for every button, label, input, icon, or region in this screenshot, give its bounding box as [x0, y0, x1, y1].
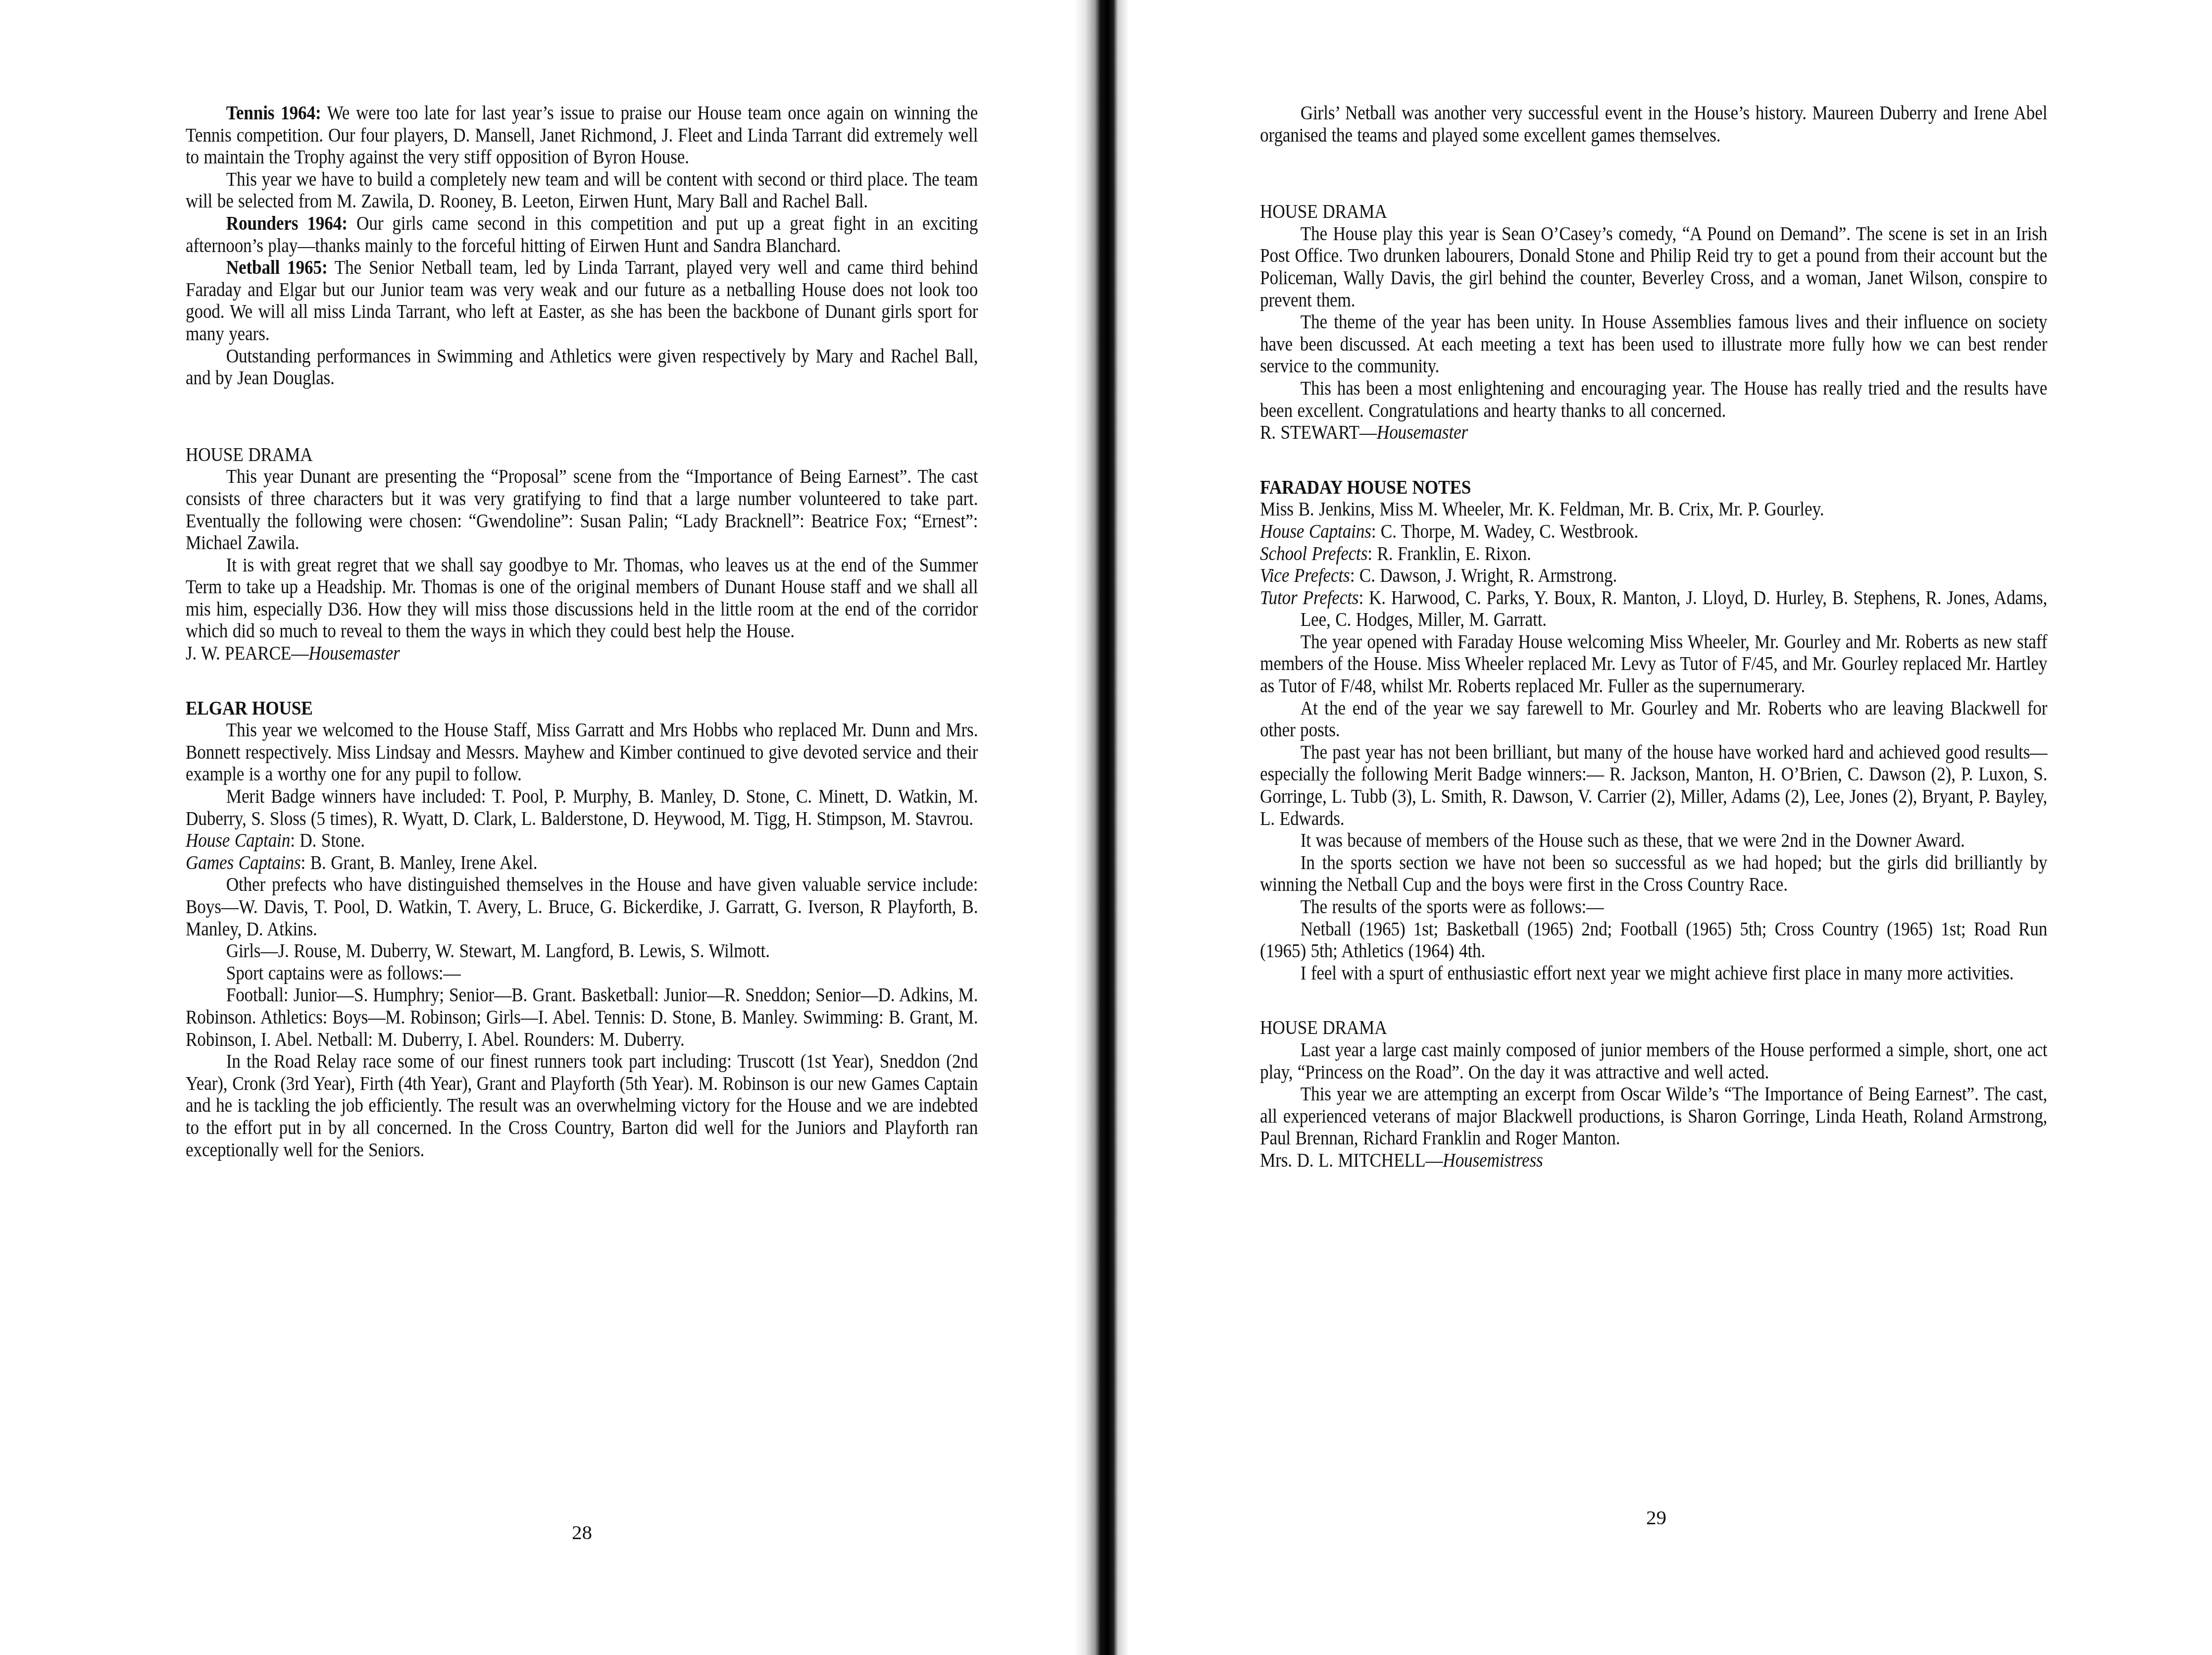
heading-house-drama: HOUSE DRAMA	[1260, 200, 2047, 222]
book-spread: Tennis 1964: We were too late for last y…	[0, 0, 2212, 1655]
label-rounders-1964: Rounders 1964:	[226, 211, 348, 234]
paragraph-year-opened: The year opened with Faraday House welco…	[1260, 630, 2047, 697]
line-house-captain: House Captain: D. Stone.	[186, 829, 978, 851]
page-number: 28	[572, 1521, 592, 1543]
signature-name: R. STEWART—	[1260, 420, 1377, 443]
paragraph-outstanding-performances: Outstanding performances in Swimming and…	[186, 345, 978, 389]
paragraph-oscar-wilde: This year we are attempting an excerpt f…	[1260, 1083, 2047, 1149]
label-netball-1965: Netball 1965:	[226, 256, 328, 278]
paragraph-sport-captains: Football: Junior—S. Humphry; Senior—B. G…	[186, 983, 978, 1050]
paragraph-downer-award: It was because of members of the House s…	[1260, 829, 2047, 851]
spacer	[1260, 983, 2047, 1016]
book-gutter	[1074, 0, 1129, 1655]
signature-mitchell: Mrs. D. L. MITCHELL—Housemistress	[1260, 1149, 2047, 1171]
page-number: 29	[1646, 1506, 1666, 1528]
paragraph-tennis-1964: Tennis 1964: We were too late for last y…	[186, 102, 978, 168]
paragraph-netball-1965: Netball 1965: The Senior Netball team, l…	[186, 256, 978, 344]
signature-name: J. W. PEARCE—	[186, 641, 308, 664]
page-29: Girls’ Netball was another very successf…	[1260, 0, 2047, 1655]
paragraph-mr-thomas: It is with great regret that we shall sa…	[186, 554, 978, 642]
paragraph-elgar-staff: This year we welcomed to the House Staff…	[186, 719, 978, 785]
signature-role: Housemistress	[1443, 1148, 1543, 1171]
label-games-captains: Games Captains	[186, 851, 301, 874]
paragraph-dunant-drama: This year Dunant are presenting the “Pro…	[186, 465, 978, 553]
paragraph-merit-badges: The past year has not been brilliant, bu…	[1260, 741, 2047, 829]
heading-faraday-house-notes: FARADAY HOUSE NOTES	[1260, 476, 2047, 498]
value-school-prefects: : R. Franklin, E. Rixon.	[1367, 542, 1531, 565]
label-house-captains: House Captains	[1260, 519, 1371, 542]
paragraph-pound-on-demand: The House play this year is Sean O’Casey…	[1260, 222, 2047, 310]
value-house-captains: : C. Thorpe, M. Wadey, C. Westbrook.	[1371, 519, 1638, 542]
paragraph-enlightening-year: This has been a most enlightening and en…	[1260, 377, 2047, 421]
paragraph-girls-netball: Girls’ Netball was another very successf…	[1260, 102, 2047, 146]
label-vice-prefects: Vice Prefects	[1260, 564, 1350, 586]
page-29-text-column: Girls’ Netball was another very successf…	[1260, 102, 2047, 1171]
label-house-captain: House Captain	[186, 828, 290, 851]
paragraph-farewell: At the end of the year we say farewell t…	[1260, 697, 2047, 741]
label-tutor-prefects: Tutor Prefects	[1260, 586, 1358, 609]
label-tennis-1964: Tennis 1964:	[226, 101, 321, 124]
signature-role: Housemaster	[308, 641, 400, 664]
spacer	[186, 664, 978, 697]
signature-name: Mrs. D. L. MITCHELL—	[1260, 1148, 1443, 1171]
paragraph-sports-section: In the sports section we have not been s…	[1260, 851, 2047, 895]
heading-elgar-house: ELGAR HOUSE	[186, 697, 978, 719]
value-tutor-prefects: : K. Harwood, C. Parks, Y. Boux, R. Mant…	[1301, 586, 2048, 631]
paragraph-other-prefects: Other prefects who have distinguished th…	[186, 873, 978, 939]
paragraph-rounders-1964: Rounders 1964: Our girls came second in …	[186, 212, 978, 256]
page-28: Tennis 1964: We were too late for last y…	[186, 0, 978, 1655]
paragraph-princess-on-the-road: Last year a large cast mainly composed o…	[1260, 1038, 2047, 1083]
value-vice-prefects: : C. Dawson, J. Wright, R. Armstrong.	[1350, 564, 1617, 586]
paragraph-sport-captains-intro: Sport captains were as follows:—	[186, 962, 978, 984]
spacer	[186, 389, 978, 443]
paragraph-results-intro: The results of the sports were as follow…	[1260, 895, 2047, 918]
page-28-text-column: Tennis 1964: We were too late for last y…	[186, 102, 978, 1160]
paragraph-road-relay: In the Road Relay race some of our fines…	[186, 1050, 978, 1160]
signature-role: Housemaster	[1377, 420, 1468, 443]
line-faraday-staff: Miss B. Jenkins, Miss M. Wheeler, Mr. K.…	[1260, 498, 2047, 520]
spacer	[1260, 443, 2047, 476]
line-games-captains: Games Captains: B. Grant, B. Manley, Ire…	[186, 851, 978, 874]
line-tutor-prefects: Tutor Prefects: K. Harwood, C. Parks, Y.…	[1260, 586, 2047, 630]
signature-pearce: J. W. PEARCE—Housemaster	[186, 642, 978, 664]
line-school-prefects: School Prefects: R. Franklin, E. Rixon.	[1260, 542, 2047, 565]
heading-house-drama-2: HOUSE DRAMA	[1260, 1016, 2047, 1038]
paragraph-elgar-merit-badges: Merit Badge winners have included: T. Po…	[186, 785, 978, 829]
paragraph-spurt-effort: I feel with a spurt of enthusiastic effo…	[1260, 962, 2047, 984]
spacer	[1260, 146, 2047, 200]
value-house-captain: : D. Stone.	[290, 828, 365, 851]
paragraph-theme-unity: The theme of the year has been unity. In…	[1260, 310, 2047, 377]
paragraph-new-tennis-team: This year we have to build a completely …	[186, 168, 978, 212]
value-games-captains: : B. Grant, B. Manley, Irene Akel.	[301, 851, 538, 874]
label-school-prefects: School Prefects	[1260, 542, 1367, 565]
paragraph-results: Netball (1965) 1st; Basketball (1965) 2n…	[1260, 918, 2047, 962]
heading-house-drama: HOUSE DRAMA	[186, 443, 978, 465]
signature-stewart: R. STEWART—Housemaster	[1260, 421, 2047, 443]
paragraph-girls-prefects: Girls—J. Rouse, M. Duberry, W. Stewart, …	[186, 939, 978, 962]
line-house-captains: House Captains: C. Thorpe, M. Wadey, C. …	[1260, 520, 2047, 542]
line-vice-prefects: Vice Prefects: C. Dawson, J. Wright, R. …	[1260, 564, 2047, 586]
